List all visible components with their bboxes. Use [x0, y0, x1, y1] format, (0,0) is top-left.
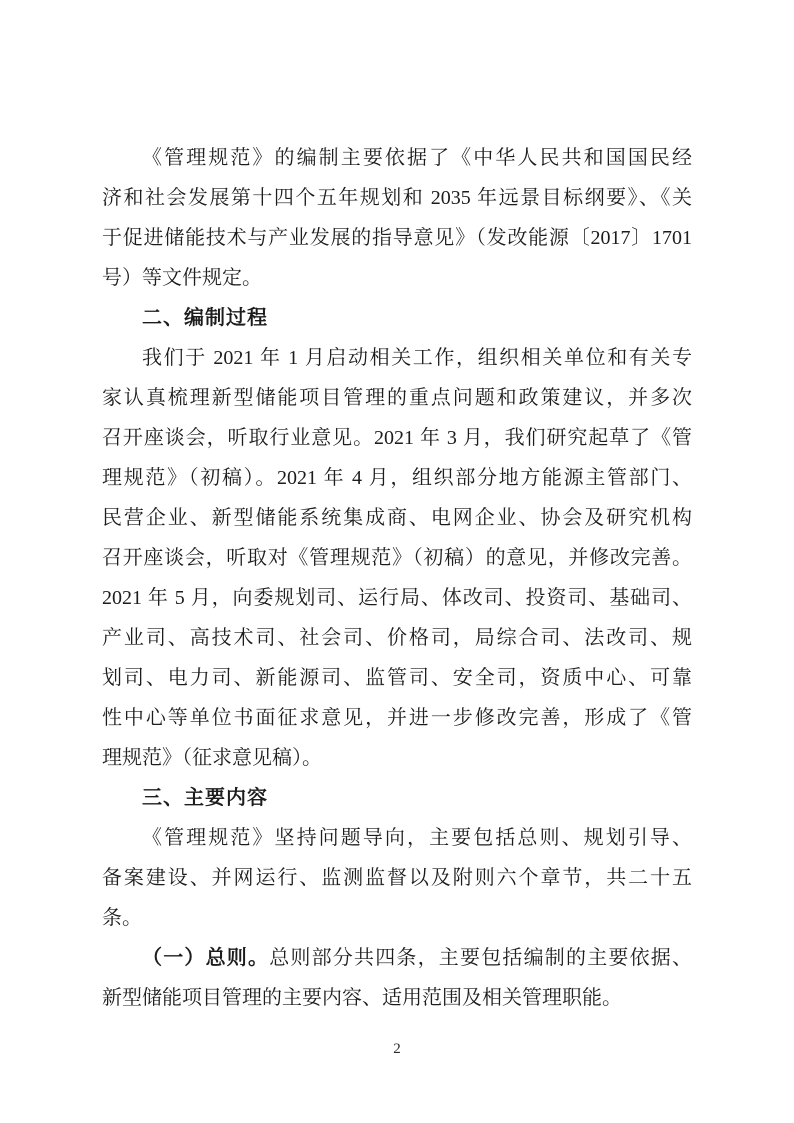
paragraph-line-text: 总则部分共四条，主要包括编制的主要依据、	[269, 947, 692, 969]
document-page: 《管理规范》的编制主要依据了《中华人民共和国国民经 济和社会发展第十四个五年规划…	[0, 0, 794, 1123]
paragraph-line: 民营企业、新型储能系统集成商、电网企业、协会及研究机构	[102, 498, 692, 538]
paragraph-line: 理规范》（初稿）。2021 年 4 月，组织部分地方能源主管部门、	[102, 458, 692, 498]
paragraph-line: 理规范》（征求意见稿）。	[102, 738, 692, 778]
paragraph-line: 于促进储能技术与产业发展的指导意见》（发改能源〔2017〕1701	[102, 218, 692, 258]
paragraph-line: 备案建设、并网运行、监测监督以及附则六个章节，共二十五	[102, 858, 692, 898]
paragraph-line: 号）等文件规定。	[102, 258, 692, 298]
paragraph-line: 我们于 2021 年 1 月启动相关工作，组织相关单位和有关专	[102, 338, 692, 378]
paragraph-line: 济和社会发展第十四个五年规划和 2035 年远景目标纲要》、《关	[102, 178, 692, 218]
paragraph-line: （一）总则。总则部分共四条，主要包括编制的主要依据、	[102, 938, 692, 978]
paragraph-line: 家认真梳理新型储能项目管理的重点问题和政策建议，并多次	[102, 378, 692, 418]
paragraph-line: 性中心等单位书面征求意见，并进一步修改完善，形成了《管	[102, 698, 692, 738]
section-heading-3: 三、主要内容	[102, 778, 692, 818]
paragraph-line: 划司、电力司、新能源司、监管司、安全司，资质中心、可靠	[102, 658, 692, 698]
page-number: 2	[0, 1040, 794, 1058]
paragraph-line: 2021 年 5 月，向委规划司、运行局、体改司、投资司、基础司、	[102, 578, 692, 618]
section-heading-2: 二、编制过程	[102, 298, 692, 338]
paragraph-line: 新型储能项目管理的主要内容、适用范围及相关管理职能。	[102, 978, 692, 1018]
paragraph-line: 条。	[102, 898, 692, 938]
paragraph-line: 产业司、高技术司、社会司、价格司，局综合司、法改司、规	[102, 618, 692, 658]
paragraph-line: 《管理规范》坚持问题导向，主要包括总则、规划引导、	[102, 818, 692, 858]
paragraph-line: 召开座谈会，听取对《管理规范》（初稿）的意见，并修改完善。	[102, 538, 692, 578]
paragraph-line: 《管理规范》的编制主要依据了《中华人民共和国国民经	[102, 138, 692, 178]
paragraph-bold-lead: （一）总则。	[142, 947, 269, 969]
paragraph-line: 召开座谈会，听取行业意见。2021 年 3 月，我们研究起草了《管	[102, 418, 692, 458]
document-body: 《管理规范》的编制主要依据了《中华人民共和国国民经 济和社会发展第十四个五年规划…	[102, 138, 692, 1018]
